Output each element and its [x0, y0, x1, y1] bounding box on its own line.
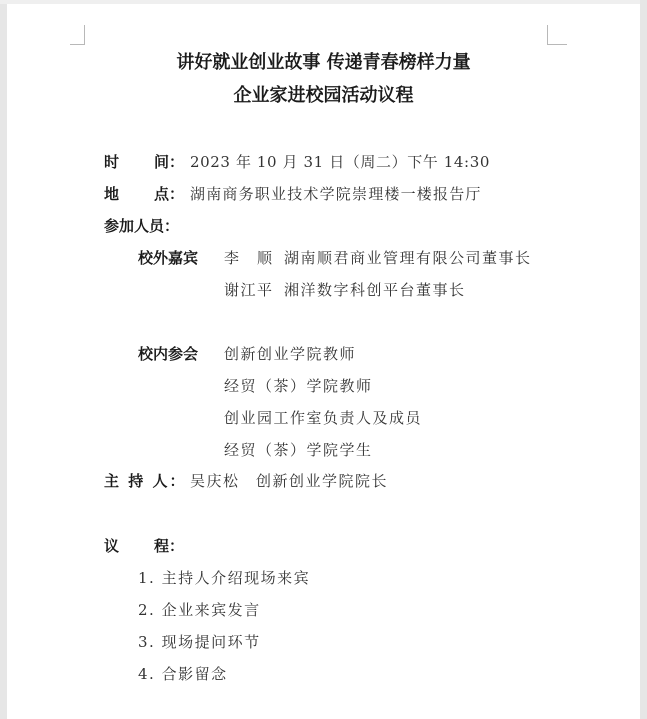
- agenda-item-text: 4. 合影留念: [138, 664, 228, 684]
- document-title-line2: 企业家进校园活动议程: [7, 81, 640, 107]
- internal-attendees-label: 校内参会: [138, 344, 198, 364]
- place-label-a: 地: [104, 184, 119, 204]
- host-label: 主 持 人：: [104, 471, 186, 491]
- time-value: 2023 年 10 月 31 日（周二）下午 14:30: [190, 152, 490, 172]
- internal-group-text: 创业园工作室负责人及成员: [224, 408, 422, 428]
- document-title-line1: 讲好就业创业故事 传递青春榜样力量: [7, 48, 640, 74]
- agenda-item-text: 1. 主持人介绍现场来宾: [138, 568, 310, 588]
- participants-label: 参加人员：: [104, 216, 179, 236]
- internal-group-text: 经贸（茶）学院教师: [224, 376, 373, 396]
- crop-mark-top-right-icon: [547, 25, 567, 45]
- time-label-b: 间：: [154, 152, 184, 172]
- guest-name: 李 顺: [224, 248, 274, 268]
- crop-mark-top-left-icon: [70, 25, 85, 45]
- internal-group-text: 经贸（茶）学院学生: [224, 440, 373, 460]
- host-title: 创新创业学院院长: [256, 471, 388, 491]
- guest-title: 湘洋数字科创平台董事长: [284, 280, 466, 300]
- host-name: 吴庆松: [190, 471, 240, 491]
- agenda-item-text: 3. 现场提问环节: [138, 632, 261, 652]
- place-value: 湖南商务职业技术学院崇理楼一楼报告厅: [190, 184, 482, 204]
- place-label-b: 点：: [154, 184, 184, 204]
- internal-group-text: 创新创业学院教师: [224, 344, 356, 364]
- agenda-label-a: 议: [104, 536, 119, 556]
- right-scroll-gutter: [640, 0, 647, 719]
- agenda-item-text: 2. 企业来宾发言: [138, 600, 261, 620]
- document-page: 讲好就业创业故事 传递青春榜样力量 企业家进校园活动议程 时 间： 2023 年…: [7, 4, 640, 719]
- agenda-label-b: 程：: [154, 536, 184, 556]
- external-guests-label: 校外嘉宾: [138, 248, 198, 268]
- guest-title: 湖南顺君商业管理有限公司董事长: [284, 248, 532, 268]
- time-label-a: 时: [104, 152, 119, 172]
- guest-name: 谢江平: [224, 280, 274, 300]
